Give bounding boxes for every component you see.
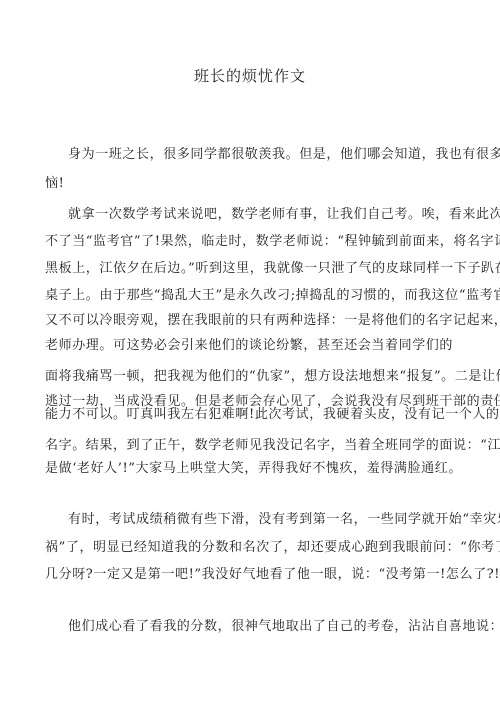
document-page: 班长的烦忧作文 身为一班之长，很多同学都很敬羡我。但是，他们哪会知道，我也有很多… bbox=[0, 0, 500, 708]
paragraph-4-line-1: 名字。结果，到了正午，数学老师见我没记名字，当着全班同学的面说：“江依夕老 bbox=[45, 438, 500, 454]
paragraph-5-line-2: 祸”了，明显已经知道我的分数和名次了，却还要成心跑到我眼前问：“你考了 bbox=[45, 540, 500, 556]
paragraph-6-line-1: 他们成心看了看我的分数，很神气地取出了自己的考卷，沾沾自喜地说：“哟， bbox=[68, 619, 500, 635]
paragraph-1-line-2: 恼! bbox=[45, 176, 64, 192]
paragraph-1-line-1: 身为一班之长，很多同学都很敬羡我。但是，他们哪会知道，我也有很多烦 bbox=[68, 147, 500, 163]
paragraph-3-line-1: 面将我痛骂一顿，把我视为他们的“仇家”，想方设法地想来“报复”。二是让他们 bbox=[45, 369, 500, 385]
paragraph-2-line-5: 又不可以冷眼旁观，摆在我眼前的只有两种选择：一是将他们的名字记起来，交给 bbox=[45, 313, 500, 329]
paragraph-3-line-3: 能力不可以。叮真叫我左右犯难啊!此次考试，我硬着头皮，没有记一个人的 bbox=[45, 407, 500, 423]
paragraph-5-line-3: 几分呀?一定又是第一吧!”我没好气地看了他一眼，说：“没考第一!怎么了?!” bbox=[45, 567, 500, 583]
paragraph-2-line-6: 老师办理。可这势必会引来他们的谈论纷繁，甚至还会当着同学们的 bbox=[45, 338, 453, 354]
paragraph-2-line-2: 不了当“监考官”了!果然，临走时，数学老师说：“程钟毓到前面来，将名字记在 bbox=[45, 234, 500, 250]
document-title: 班长的烦忧作文 bbox=[0, 65, 500, 86]
paragraph-2-line-1: 就拿一次数学考试来说吧，数学老师有事，让我们自己考。唉，看来此次又免 bbox=[68, 207, 500, 223]
paragraph-2-line-3: 黑板上，江依夕在后边。”听到这里，我就像一只泄了气的皮球同样一下子趴在了 bbox=[45, 261, 500, 277]
paragraph-4-line-2: 是做‘老好人’!”大家马上哄堂大笑，弄得我好不愧疚，羞得满脸通红。 bbox=[45, 461, 462, 477]
paragraph-2-line-4: 桌子上。由于那些“捣乱大王”是永久改刁;掉捣乱的习惯的，而我这位“监考官” bbox=[45, 288, 500, 304]
paragraph-5-line-1: 有时，考试成绩稍微有些下滑，没有考到第一名，一些同学就开始“幸灾乐 bbox=[68, 512, 500, 528]
